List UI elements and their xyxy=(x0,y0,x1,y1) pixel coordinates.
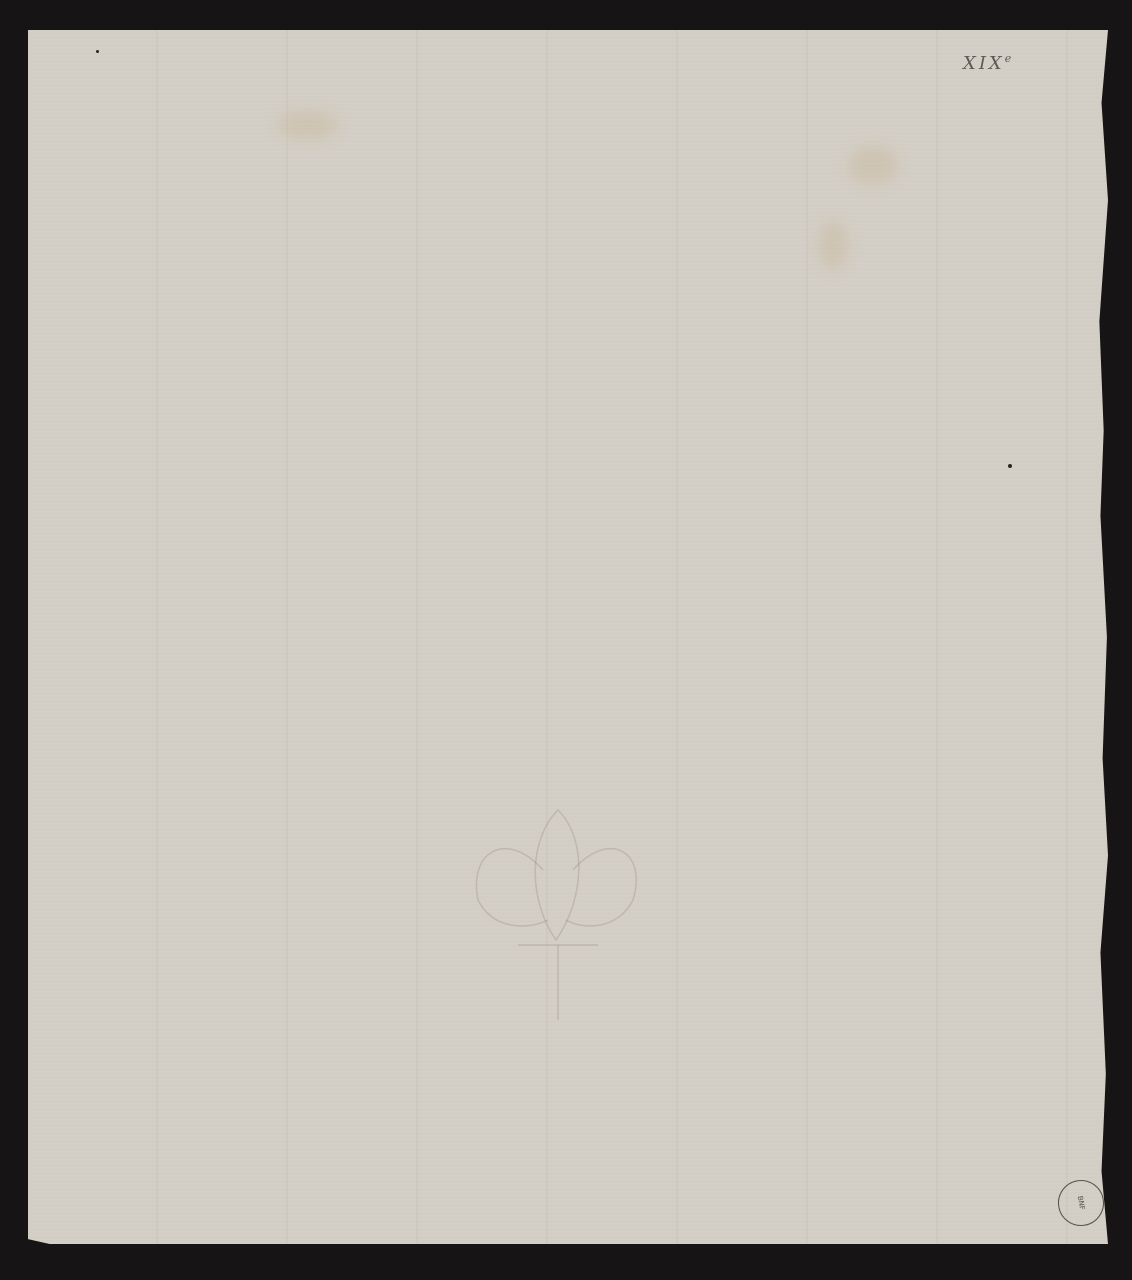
century-annotation: XIXe xyxy=(963,52,1014,74)
fleur-de-lis-watermark-icon xyxy=(448,770,658,1020)
foxing-stain xyxy=(818,220,848,270)
paper-sheet: XIXe BNF xyxy=(28,30,1108,1244)
annotation-text: XIX xyxy=(963,53,1005,74)
foxing-stain xyxy=(278,110,338,140)
library-stamp: BNF xyxy=(1054,1176,1107,1229)
ink-speck xyxy=(96,50,99,53)
stamp-text: BNF xyxy=(1076,1195,1086,1210)
foxing-stain xyxy=(848,145,898,185)
annotation-superscript: e xyxy=(1005,52,1015,65)
ink-speck xyxy=(1008,464,1012,468)
